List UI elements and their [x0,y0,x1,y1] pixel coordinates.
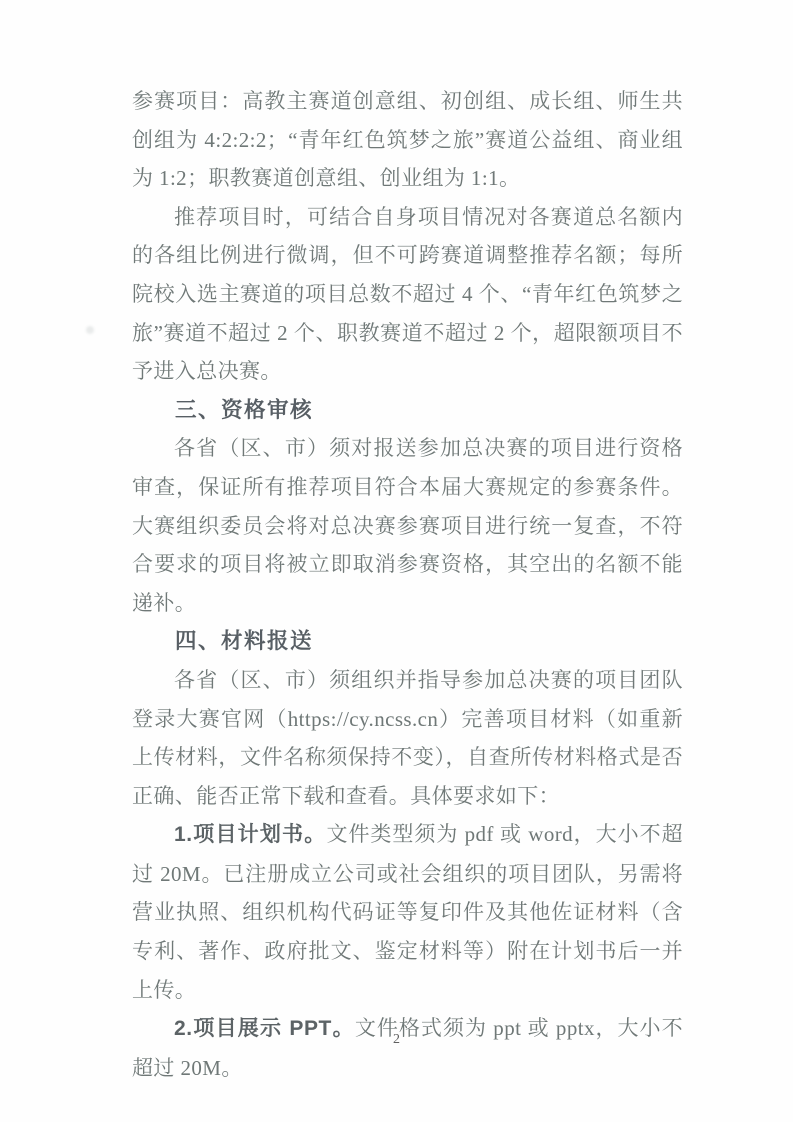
document-body: 参赛项目：高教主赛道创意组、初创组、成长组、师生共创组为 4:2:2:2；“青年… [132,82,683,1087]
paragraph: 参赛项目：高教主赛道创意组、初创组、成长组、师生共创组为 4:2:2:2；“青年… [132,82,683,198]
paragraph: 各省（区、市）须组织并指导参加总决赛的项目团队登录大赛官网（https://cy… [132,661,683,815]
paragraph: 2.项目展示 PPT。文件格式须为 ppt 或 pptx，大小不超过 20M。 [132,1009,683,1087]
section-heading: 三、资格审核 [132,391,683,430]
paragraph-bold-lead: 1.项目计划书。 [174,823,326,846]
paragraph: 1.项目计划书。文件类型须为 pdf 或 word，大小不超过 20M。已注册成… [132,815,683,1009]
page-number: 2 [0,1032,793,1048]
scan-speck [86,326,94,334]
section-heading: 四、材料报送 [132,622,683,661]
document-page: 参赛项目：高教主赛道创意组、初创组、成长组、师生共创组为 4:2:2:2；“青年… [0,0,793,1122]
paragraph: 推荐项目时，可结合自身项目情况对各赛道总名额内的各组比例进行微调，但不可跨赛道调… [132,198,683,391]
paragraph: 各省（区、市）须对报送参加总决赛的项目进行资格审查，保证所有推荐项目符合本届大赛… [132,429,683,622]
